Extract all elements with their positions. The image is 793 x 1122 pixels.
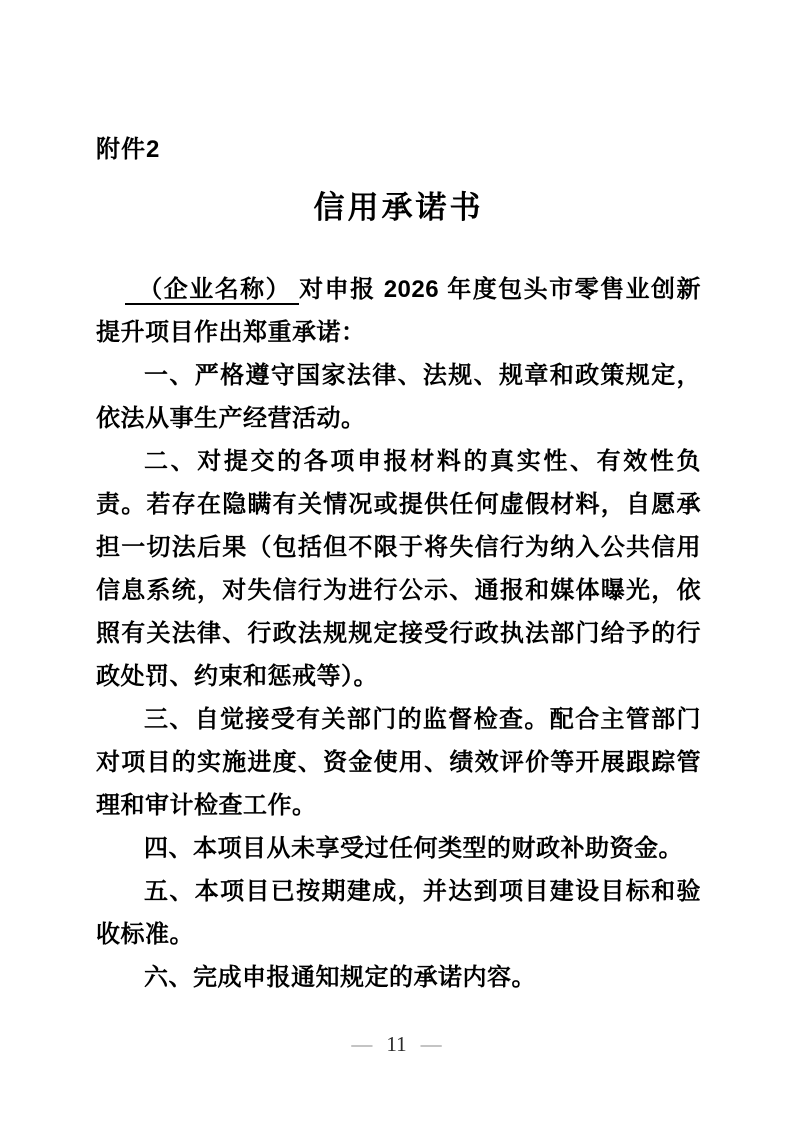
document-body: （企业名称）对申报 2026 年度包头市零售业创新提升项目作出郑重承诺： 一、严… [96,268,701,999]
commitment-item-4: 四、本项目从未享受过任何类型的财政补助资金。 [96,827,701,870]
commitment-item-3: 三、自觉接受有关部门的监督检查。配合主管部门对项目的实施进度、资金使用、绩效评价… [96,698,701,827]
page-number: 11 [386,1032,406,1056]
company-name-blank: （企业名称） [125,276,299,305]
commitment-item-2: 二、对提交的各项申报材料的真实性、有效性负责。若存在隐瞒有关情况或提供任何虚假材… [96,440,701,698]
document-content: 附件2 信用承诺书 （企业名称）对申报 2026 年度包头市零售业创新提升项目作… [96,0,701,999]
commitment-item-1: 一、严格遵守国家法律、法规、规章和政策规定，依法从事生产经营活动。 [96,354,701,440]
footer-dash-left: — [351,1032,372,1056]
page-footer: —11— [0,1030,793,1059]
footer-dash-right: — [421,1032,442,1056]
intro-paragraph: （企业名称）对申报 2026 年度包头市零售业创新提升项目作出郑重承诺： [96,268,701,354]
attachment-label: 附件2 [96,136,701,164]
document-page: 附件2 信用承诺书 （企业名称）对申报 2026 年度包头市零售业创新提升项目作… [0,0,793,1122]
commitment-item-5: 五、本项目已按期建成，并达到项目建设目标和验收标准。 [96,870,701,956]
commitment-item-6: 六、完成申报通知规定的承诺内容。 [96,956,701,999]
document-title: 信用承诺书 [96,190,701,226]
